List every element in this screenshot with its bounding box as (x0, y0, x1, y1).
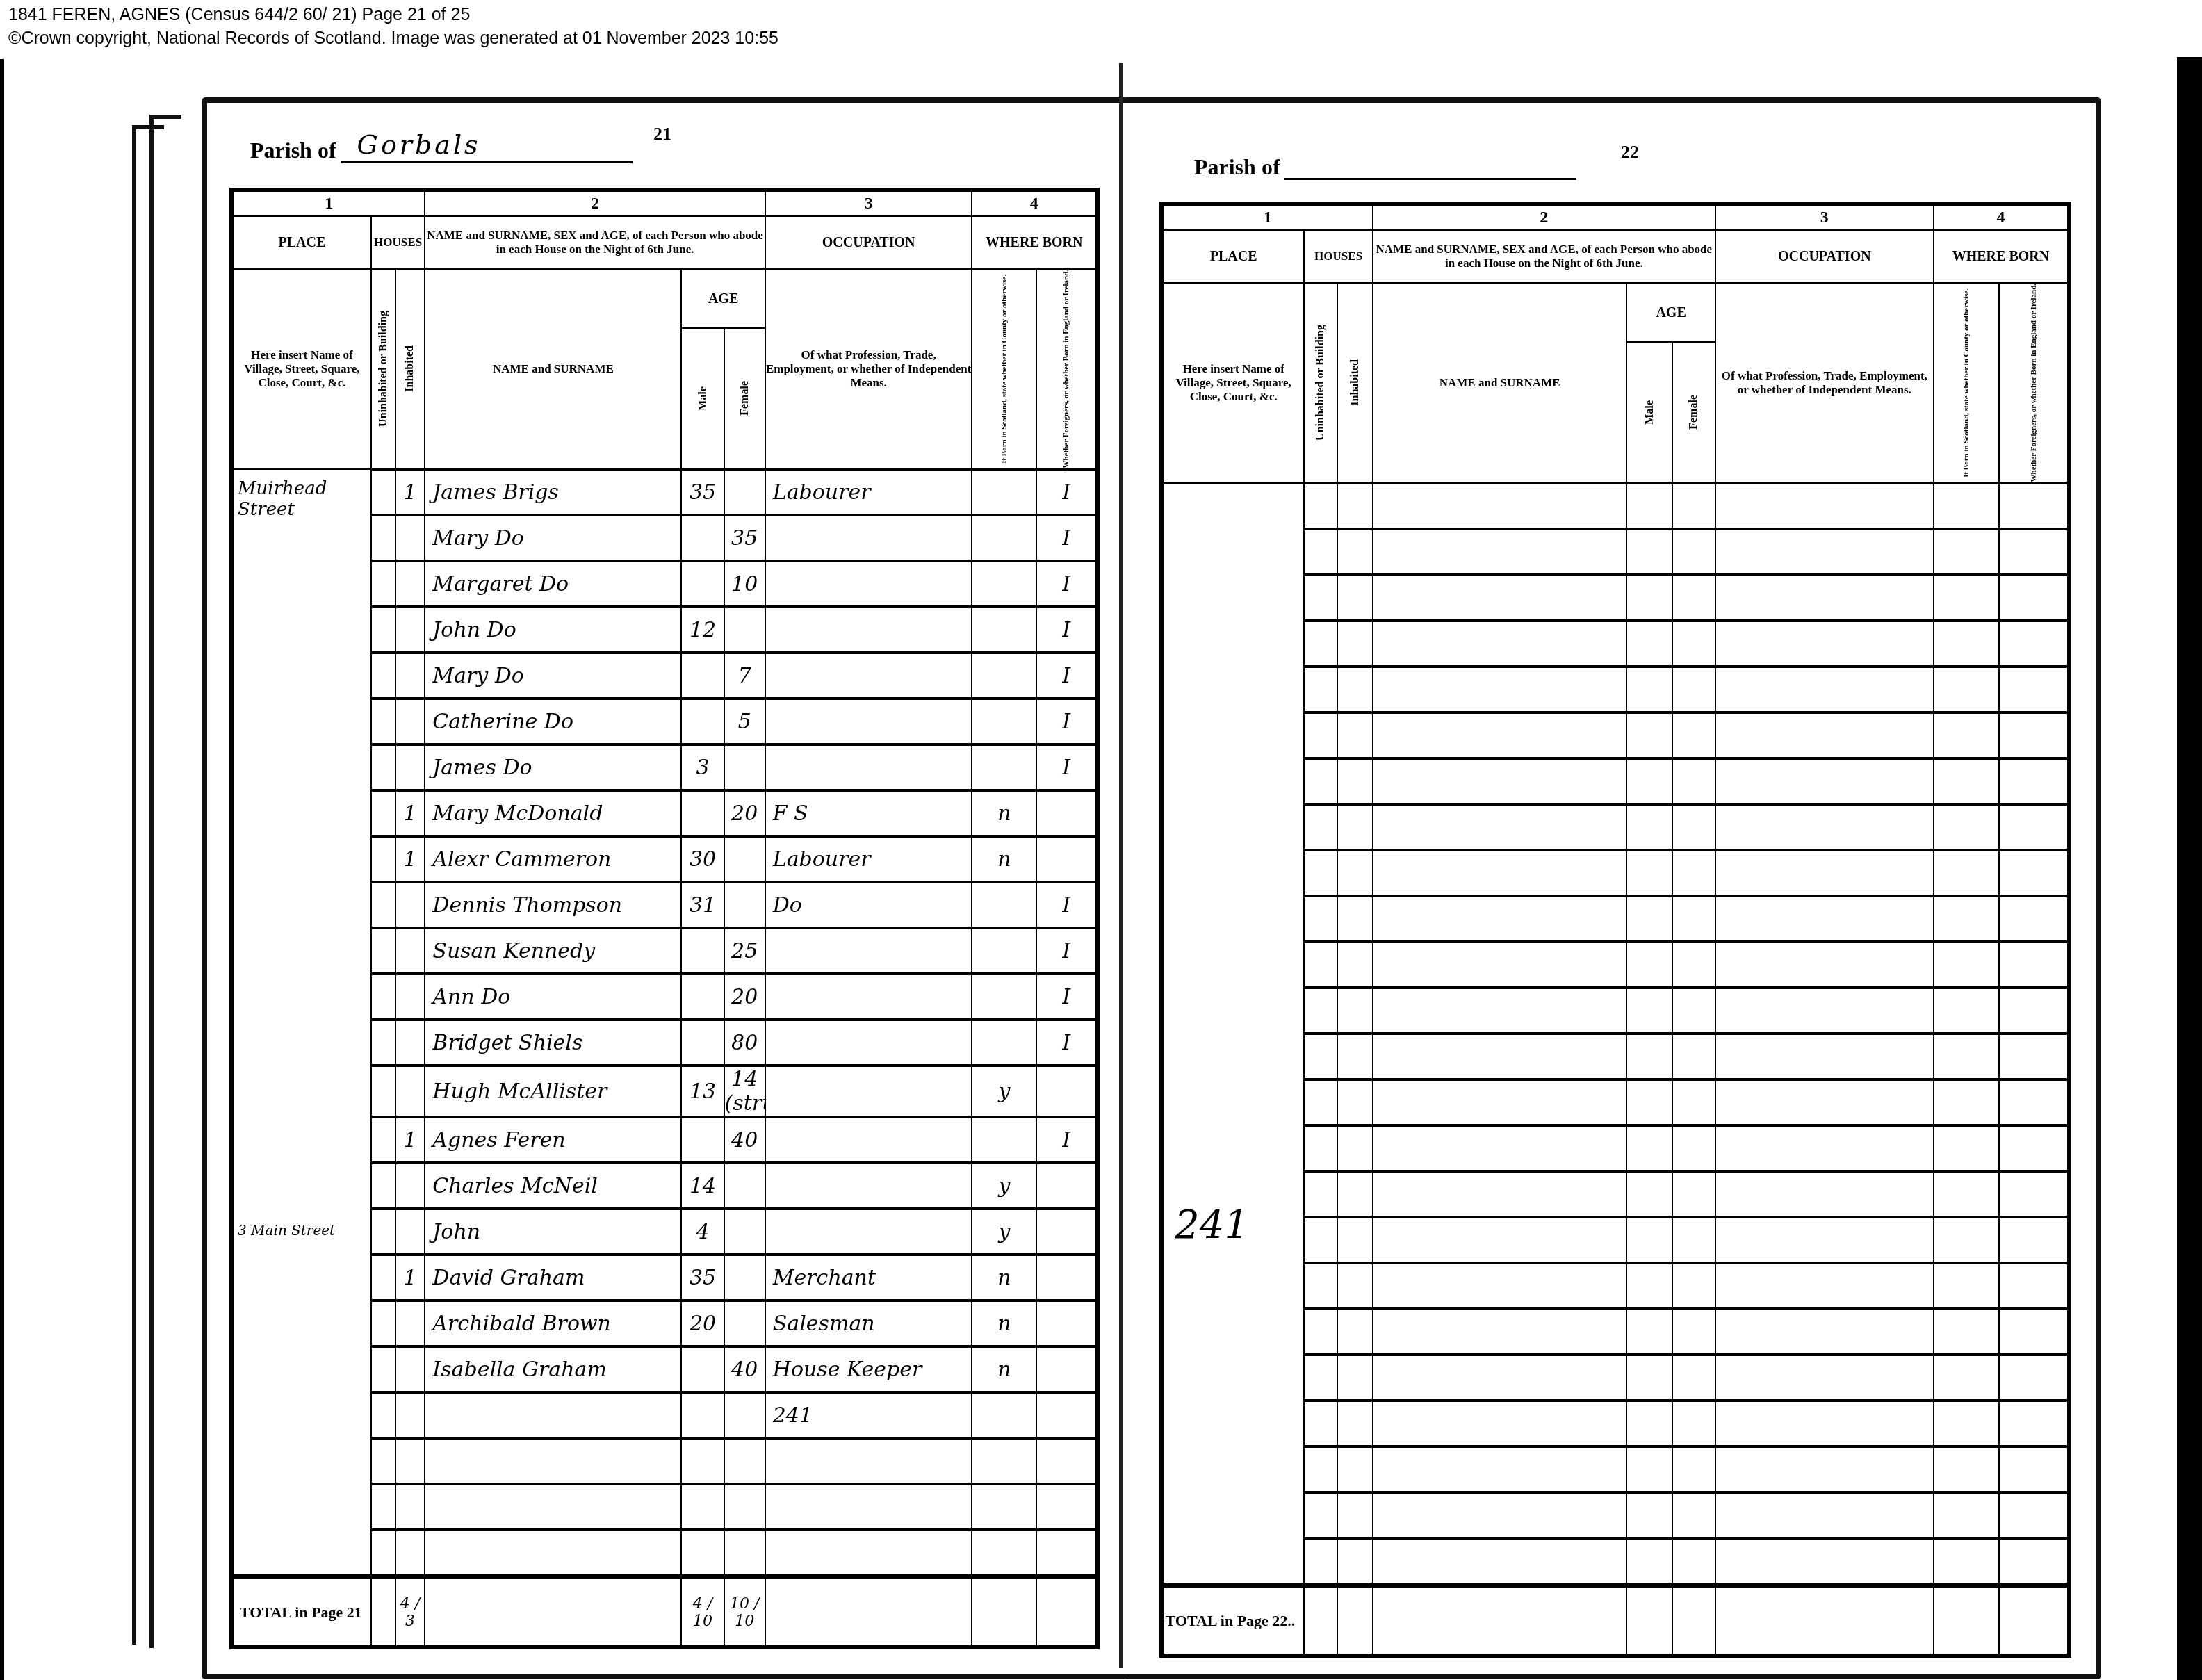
born-foreign-cell (1036, 1392, 1098, 1438)
header-name-sex-age-right: NAME and SURNAME, SEX and AGE, of each P… (1373, 230, 1715, 283)
empty-cell (1373, 1079, 1627, 1125)
inhabited-cell (395, 974, 425, 1020)
name-cell (425, 1484, 681, 1530)
empty-cell (1672, 575, 1715, 621)
uninhabited-cell (371, 790, 395, 836)
empty-cell (1715, 575, 1934, 621)
empty-cell (1934, 483, 1999, 529)
empty-cell (1626, 1446, 1672, 1492)
empty-cell (1337, 942, 1373, 988)
female-age-cell: 35 (724, 515, 765, 561)
empty-cell (1672, 712, 1715, 758)
empty-cell (1715, 1217, 1934, 1263)
female-age-cell (724, 882, 765, 928)
inhabited-cell (395, 515, 425, 561)
empty-cell (1934, 1034, 1999, 1079)
empty-cell (1715, 529, 1934, 575)
column-number-2-right: 2 (1373, 204, 1715, 230)
female-age-cell (724, 1392, 765, 1438)
table-row (1161, 483, 2069, 529)
uninhabited-cell (371, 1484, 395, 1530)
parish-field-left: Parish ofGorbals (250, 138, 633, 163)
female-age-cell (724, 744, 765, 790)
born-foreign-cell: I (1036, 928, 1098, 974)
empty-cell (1373, 1355, 1627, 1401)
empty-cell (1999, 1309, 2069, 1355)
occupation-cell: Salesman (765, 1300, 972, 1346)
inhabited-cell: 1 (395, 836, 425, 882)
empty-cell (1304, 1217, 1337, 1263)
empty-cell (1934, 1446, 1999, 1492)
inhabited-cell (395, 928, 425, 974)
name-cell: Agnes Feren (425, 1117, 681, 1163)
female-age-cell (724, 1163, 765, 1209)
born-county-cell: n (972, 836, 1036, 882)
name-cell: Mary Do (425, 653, 681, 699)
empty-cell (1373, 804, 1627, 850)
male-age-cell (681, 1438, 724, 1484)
empty-cell (1672, 850, 1715, 896)
born-foreign-cell: I (1036, 469, 1098, 515)
totals-label-right: TOTAL in Page 22.. (1161, 1585, 1304, 1656)
header-place-right: PLACE (1161, 230, 1304, 283)
female-age-cell (724, 1300, 765, 1346)
born-county-cell (972, 1117, 1036, 1163)
born-county-cell (972, 653, 1036, 699)
header-occupation: OCCUPATION (765, 216, 972, 269)
male-age-cell: 13 (681, 1066, 724, 1117)
empty-cell (1337, 1538, 1373, 1585)
empty-cell (1337, 1446, 1373, 1492)
empty-cell (1337, 758, 1373, 804)
occupation-cell (765, 1209, 972, 1255)
name-cell: Hugh McAllister (425, 1066, 681, 1117)
empty-cell (1626, 621, 1672, 667)
totals-label: TOTAL in Page 21 (231, 1577, 371, 1648)
empty-cell (1672, 621, 1715, 667)
empty-cell (1304, 1446, 1337, 1492)
occupation-cell (765, 1438, 972, 1484)
born-county-cell (972, 607, 1036, 653)
header-born-scotland-right: If Born in Scotland, state whether in Co… (1934, 283, 1999, 483)
empty-cell (1999, 896, 2069, 942)
empty-cell (1337, 1401, 1373, 1446)
page-number: 21 (653, 124, 671, 145)
inhabited-cell (395, 1300, 425, 1346)
empty-cell (1626, 896, 1672, 942)
empty-cell (1304, 1079, 1337, 1125)
empty-cell (1337, 667, 1373, 712)
born-county-cell (972, 744, 1036, 790)
inhabited-cell (395, 1484, 425, 1530)
male-age-cell (681, 653, 724, 699)
empty-cell (1672, 483, 1715, 529)
empty-cell (1934, 1309, 1999, 1355)
parish-value: Gorbals (357, 129, 481, 160)
empty-cell (1304, 621, 1337, 667)
born-foreign-cell (1036, 1255, 1098, 1300)
female-age-cell (724, 607, 765, 653)
female-age-cell: 80 (724, 1020, 765, 1066)
born-foreign-cell: I (1036, 607, 1098, 653)
empty-cell (1999, 575, 2069, 621)
empty-cell (1672, 1263, 1715, 1309)
male-age-cell: 31 (681, 882, 724, 928)
header-occupation-sub: Of what Profession, Trade, Employment, o… (765, 269, 972, 469)
empty-cell (1337, 804, 1373, 850)
empty-cell (1672, 1401, 1715, 1446)
empty-cell (1672, 1538, 1715, 1585)
empty-cell (1337, 1171, 1373, 1217)
uninhabited-cell (371, 974, 395, 1020)
born-county-cell: y (972, 1209, 1036, 1255)
table-row: Muirhead Street3 Main Street1James Brigs… (231, 469, 1098, 515)
inhabited-cell (395, 1346, 425, 1392)
inhabited-cell (395, 1163, 425, 1209)
empty-cell (1337, 896, 1373, 942)
empty-cell (1672, 1446, 1715, 1492)
empty-cell (1934, 1125, 1999, 1171)
empty-cell (1304, 850, 1337, 896)
inhabited-cell (395, 1438, 425, 1484)
parish-label: Parish of (250, 138, 336, 163)
empty-cell (1373, 483, 1627, 529)
empty-cell (1337, 1309, 1373, 1355)
empty-cell (1373, 1171, 1627, 1217)
empty-cell (1934, 1355, 1999, 1401)
born-county-cell (972, 1438, 1036, 1484)
empty-cell (1999, 1217, 2069, 1263)
name-cell: John (425, 1209, 681, 1255)
empty-cell (1999, 1446, 2069, 1492)
empty-cell (1999, 988, 2069, 1034)
empty-cell (1304, 1538, 1337, 1585)
empty-cell (1337, 529, 1373, 575)
empty-cell (1715, 1355, 1934, 1401)
empty-cell (1626, 1125, 1672, 1171)
empty-cell (1337, 988, 1373, 1034)
inhabited-cell (395, 699, 425, 744)
empty-cell (1337, 712, 1373, 758)
place-column: Muirhead Street3 Main Street (231, 469, 371, 1577)
uninhabited-cell (371, 561, 395, 607)
empty-cell (1999, 1263, 2069, 1309)
empty-cell (1373, 896, 1627, 942)
born-foreign-cell: I (1036, 653, 1098, 699)
empty-cell (1715, 1263, 1934, 1309)
empty-cell (1337, 483, 1373, 529)
empty-cell (1934, 942, 1999, 988)
header-uninhabited-right: Uninhabited or Building (1304, 283, 1337, 483)
born-foreign-cell (1036, 1066, 1098, 1117)
born-foreign-cell: I (1036, 699, 1098, 744)
inhabited-cell: 1 (395, 790, 425, 836)
empty-cell (1304, 804, 1337, 850)
born-county-cell (972, 561, 1036, 607)
empty-cell (1934, 988, 1999, 1034)
male-age-cell (681, 974, 724, 1020)
empty-cell (1715, 483, 1934, 529)
empty-cell (1999, 1171, 2069, 1217)
empty-cell (1626, 1079, 1672, 1125)
empty-cell (1337, 1217, 1373, 1263)
empty-cell (1626, 1538, 1672, 1585)
male-age-cell (681, 1484, 724, 1530)
born-county-cell (972, 515, 1036, 561)
born-county-cell: n (972, 1346, 1036, 1392)
uninhabited-cell (371, 607, 395, 653)
empty-cell (1337, 850, 1373, 896)
empty-cell (1672, 1125, 1715, 1171)
empty-cell (1999, 712, 2069, 758)
empty-cell (1626, 1401, 1672, 1446)
empty-cell (1715, 942, 1934, 988)
empty-cell (1672, 942, 1715, 988)
uninhabited-cell (371, 1346, 395, 1392)
empty-cell (1304, 1034, 1337, 1079)
born-foreign-cell (1036, 1530, 1098, 1577)
occupation-cell: Labourer (765, 469, 972, 515)
empty-cell (1304, 942, 1337, 988)
empty-cell (1626, 1217, 1672, 1263)
census-table-right: 1 2 3 4 PLACE HOUSES NAME and SURNAME, S… (1159, 202, 2071, 1658)
empty-cell (1373, 850, 1627, 896)
empty-cell (1934, 1079, 1999, 1125)
female-age-cell: 20 (724, 790, 765, 836)
uninhabited-cell (371, 928, 395, 974)
empty-cell (1304, 667, 1337, 712)
empty-cell (1999, 1355, 2069, 1401)
empty-cell (1626, 667, 1672, 712)
inhabited-cell: 1 (395, 469, 425, 515)
female-age-cell (724, 469, 765, 515)
occupation-cell (765, 974, 972, 1020)
empty-cell (1626, 1492, 1672, 1538)
empty-cell (1934, 1217, 1999, 1263)
empty-cell (1934, 712, 1999, 758)
male-age-cell: 14 (681, 1163, 724, 1209)
male-age-cell (681, 561, 724, 607)
occupation-cell (765, 1117, 972, 1163)
header-male: Male (681, 328, 724, 469)
born-county-cell (972, 1020, 1036, 1066)
empty-cell (1715, 712, 1934, 758)
inhabited-cell (395, 1530, 425, 1577)
empty-cell (1672, 1217, 1715, 1263)
born-county-cell: y (972, 1163, 1036, 1209)
header-place: PLACE (231, 216, 371, 269)
empty-cell (1304, 1171, 1337, 1217)
occupation-cell (765, 699, 972, 744)
name-cell: Mary Do (425, 515, 681, 561)
born-county-cell (972, 928, 1036, 974)
name-cell (425, 1438, 681, 1484)
born-county-cell: n (972, 1255, 1036, 1300)
empty-cell (1715, 1171, 1934, 1217)
header-where-born-right: WHERE BORN (1934, 230, 2069, 283)
occupation-cell: Do (765, 882, 972, 928)
born-foreign-cell: I (1036, 561, 1098, 607)
born-foreign-cell: I (1036, 882, 1098, 928)
header-inhabited-right: Inhabited (1337, 283, 1373, 483)
uninhabited-cell (371, 653, 395, 699)
female-age-cell (724, 1255, 765, 1300)
name-cell: Catherine Do (425, 699, 681, 744)
header-inhabited: Inhabited (395, 269, 425, 469)
name-cell: James Do (425, 744, 681, 790)
empty-cell (1934, 667, 1999, 712)
empty-cell (1715, 621, 1934, 667)
empty-cell (1626, 529, 1672, 575)
inhabited-cell (395, 1392, 425, 1438)
header-place-sub: Here insert Name of Village, Street, Squ… (231, 269, 371, 469)
born-foreign-cell (1036, 1438, 1098, 1484)
born-foreign-cell: I (1036, 515, 1098, 561)
empty-cell (1672, 804, 1715, 850)
empty-cell (1373, 1034, 1627, 1079)
header-female: Female (724, 328, 765, 469)
empty-cell (1626, 988, 1672, 1034)
male-age-cell: 30 (681, 836, 724, 882)
viewer-edge-right (2177, 57, 2202, 1680)
header-born-foreign: Whether Foreigners, or whether Born in E… (1036, 269, 1098, 469)
male-age-cell: 35 (681, 469, 724, 515)
parish-field-right: Parish of (1194, 154, 1576, 180)
empty-cell (1715, 1538, 1934, 1585)
empty-cell (1626, 804, 1672, 850)
empty-cell (1934, 850, 1999, 896)
female-age-cell: 20 (724, 974, 765, 1020)
empty-cell (1715, 988, 1934, 1034)
empty-cell (1934, 896, 1999, 942)
name-cell (425, 1392, 681, 1438)
born-foreign-cell (1036, 790, 1098, 836)
empty-cell (1934, 529, 1999, 575)
male-age-cell (681, 1117, 724, 1163)
occupation-cell (765, 928, 972, 974)
name-cell: Margaret Do (425, 561, 681, 607)
empty-cell (1672, 1034, 1715, 1079)
born-foreign-cell (1036, 1163, 1098, 1209)
empty-cell (1373, 1217, 1627, 1263)
empty-cell (1715, 1125, 1934, 1171)
empty-cell (1304, 575, 1337, 621)
uninhabited-cell (371, 1392, 395, 1438)
empty-cell (1715, 896, 1934, 942)
header-occupation-sub-right: Of what Profession, Trade, Employment, o… (1715, 283, 1934, 483)
empty-cell (1337, 1079, 1373, 1125)
header-occupation-right: OCCUPATION (1715, 230, 1934, 283)
male-age-cell (681, 1346, 724, 1392)
inhabited-cell (395, 744, 425, 790)
female-age-cell: 5 (724, 699, 765, 744)
column-number-1: 1 (231, 190, 425, 216)
name-cell: Susan Kennedy (425, 928, 681, 974)
male-age-cell (681, 1020, 724, 1066)
empty-cell (1672, 1309, 1715, 1355)
empty-cell (1373, 575, 1627, 621)
inhabited-cell (395, 882, 425, 928)
born-foreign-cell: I (1036, 744, 1098, 790)
empty-cell (1304, 758, 1337, 804)
empty-cell (1626, 758, 1672, 804)
empty-cell (1373, 1309, 1627, 1355)
born-county-cell: n (972, 1300, 1036, 1346)
occupation-cell (765, 561, 972, 607)
empty-cell (1672, 1079, 1715, 1125)
uninhabited-cell (371, 836, 395, 882)
male-age-cell (681, 928, 724, 974)
empty-cell (1304, 712, 1337, 758)
empty-cell (1999, 529, 2069, 575)
empty-cell (1304, 1401, 1337, 1446)
empty-cell (1672, 667, 1715, 712)
uninhabited-cell (371, 469, 395, 515)
empty-cell (1626, 1355, 1672, 1401)
empty-cell (1304, 1492, 1337, 1538)
empty-cell (1672, 1355, 1715, 1401)
empty-cell (1999, 942, 2069, 988)
empty-cell (1337, 1125, 1373, 1171)
born-county-cell: y (972, 1066, 1036, 1117)
occupation-cell: House Keeper (765, 1346, 972, 1392)
name-cell: Archibald Brown (425, 1300, 681, 1346)
empty-cell (1373, 621, 1627, 667)
empty-cell (1934, 1401, 1999, 1446)
empty-cell (1934, 804, 1999, 850)
occupation-cell: Merchant (765, 1255, 972, 1300)
header-age: AGE (681, 269, 765, 328)
born-county-cell: n (972, 790, 1036, 836)
born-foreign-cell (1036, 1346, 1098, 1392)
occupation-cell (765, 1163, 972, 1209)
uninhabited-cell (371, 515, 395, 561)
empty-cell (1626, 942, 1672, 988)
uninhabited-cell (371, 1020, 395, 1066)
header-place-sub-right: Here insert Name of Village, Street, Squ… (1161, 283, 1304, 483)
inhabited-cell (395, 1209, 425, 1255)
empty-cell (1715, 1492, 1934, 1538)
empty-cell (1934, 1538, 1999, 1585)
name-cell: Dennis Thompson (425, 882, 681, 928)
column-number-4: 4 (972, 190, 1098, 216)
female-age-cell: 25 (724, 928, 765, 974)
uninhabited-cell (371, 1117, 395, 1163)
occupation-cell (765, 744, 972, 790)
place-entry: 3 Main Street (238, 1222, 366, 1239)
uninhabited-cell (371, 744, 395, 790)
empty-cell (1999, 667, 2069, 712)
occupation-cell (765, 607, 972, 653)
empty-cell (1999, 758, 2069, 804)
header-houses-right: HOUSES (1304, 230, 1373, 283)
header-male-right: Male (1626, 342, 1672, 483)
male-age-cell: 20 (681, 1300, 724, 1346)
document-title: 1841 FEREN, AGNES (Census 644/2 60/ 21) … (8, 4, 470, 25)
book-spine (1119, 63, 1123, 1668)
born-county-cell (972, 1392, 1036, 1438)
empty-cell (1934, 575, 1999, 621)
page-number-right: 22 (1621, 142, 1639, 163)
born-county-cell (972, 974, 1036, 1020)
female-age-cell: 7 (724, 653, 765, 699)
empty-cell (1304, 1309, 1337, 1355)
empty-cell (1672, 529, 1715, 575)
empty-cell (1373, 529, 1627, 575)
empty-cell (1934, 1492, 1999, 1538)
empty-cell (1373, 1492, 1627, 1538)
totals-inhabited: 4 / 3 (395, 1577, 425, 1648)
